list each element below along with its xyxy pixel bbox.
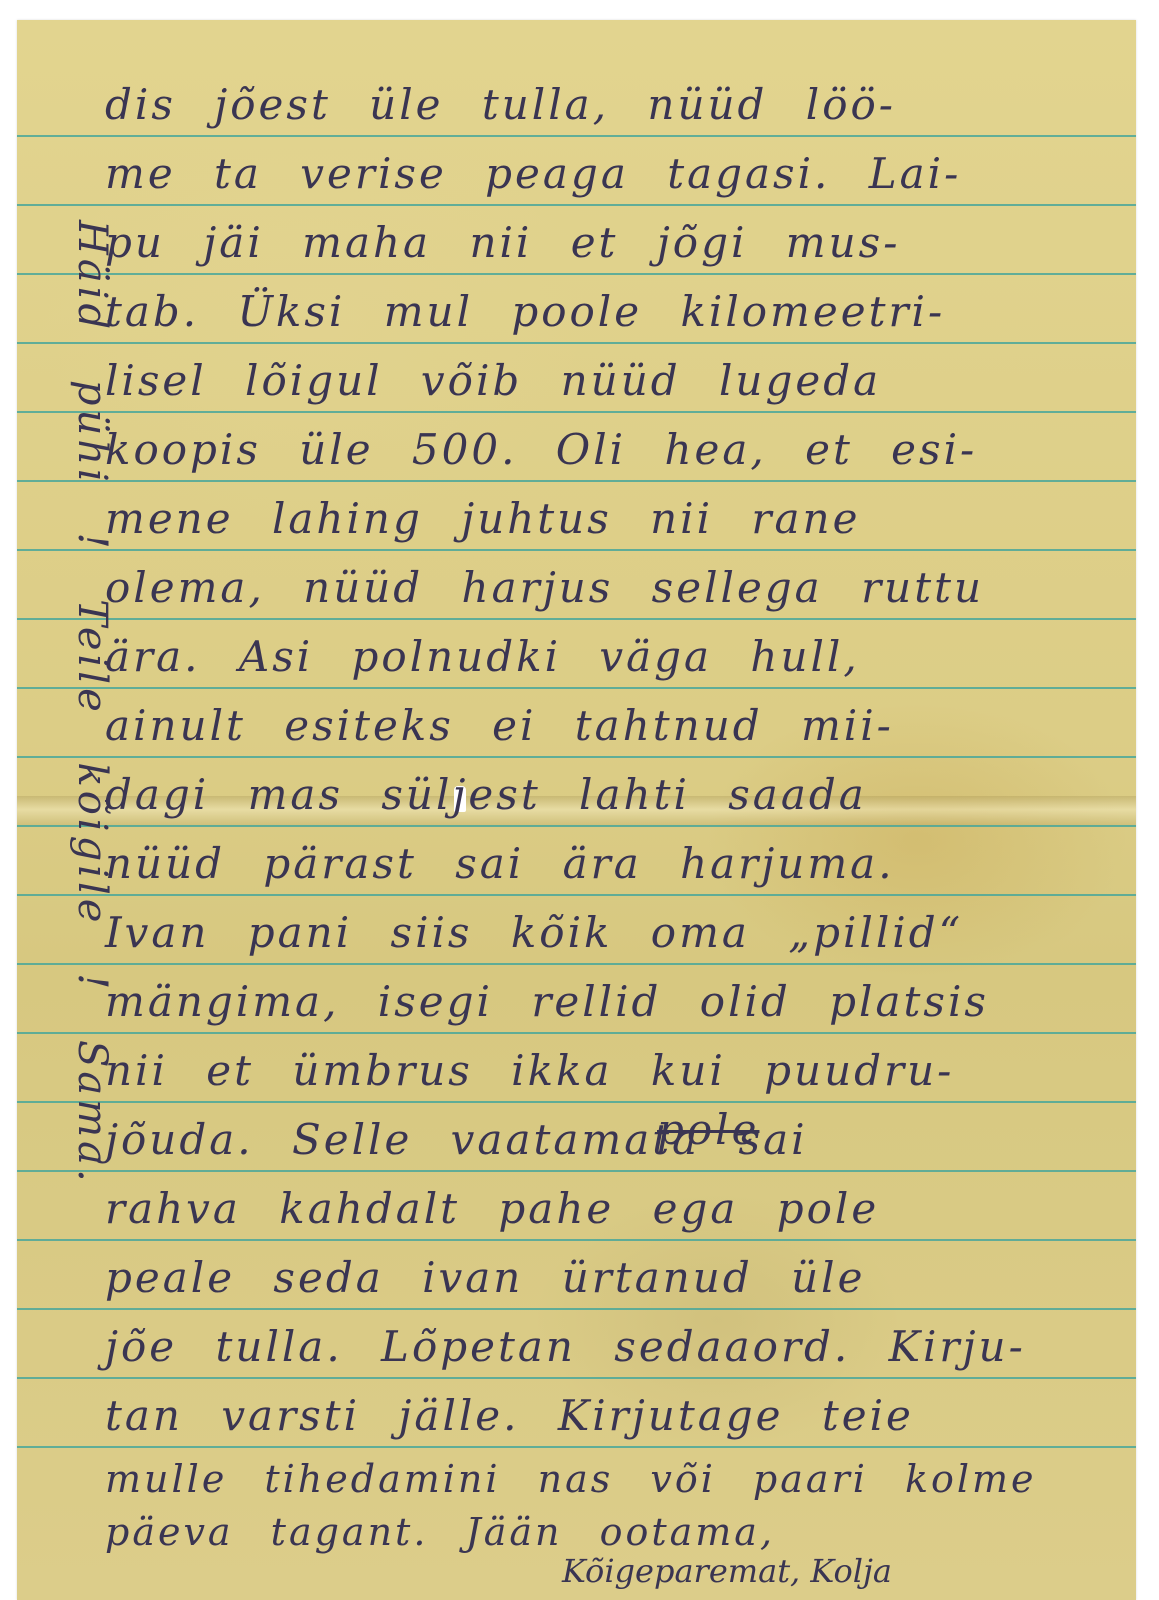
text-line: koopis üle 500. Oli hea, et esi- (105, 415, 977, 484)
text-line: ainult esiteks ei tahtnud mii- (105, 691, 894, 760)
text-line: lisel lõigul võib nüüd lugeda (105, 346, 881, 415)
text-line: tan varsti jälle. Kirjutage teie (105, 1381, 914, 1450)
text-line: Ivan pani siis kõik oma „pillid“ (105, 898, 963, 967)
letter-paper: Häid pühi ! Teile kõigile ! Sama. dis jõ… (17, 20, 1136, 1600)
text-line: nii et ümbrus ikka kui puudru- (105, 1036, 954, 1105)
text-line: mängima, isegi rellid olid platsis (105, 967, 989, 1036)
text-line: dagi mas süljest lahti saada (105, 760, 867, 829)
struck-word: pole (657, 1105, 759, 1154)
text-line: ära. Asi polnudki väga hull, (105, 622, 860, 691)
text-line: me ta verise peaga tagasi. Lai- (105, 139, 961, 208)
text-line: jõe tulla. Lõpetan sedaaord. Kirju- (105, 1312, 1026, 1381)
text-line: tab. Üksi mul poole kilomeetri- (105, 277, 945, 346)
text-line: olema, nüüd harjus sellega ruttu (105, 553, 984, 622)
text-line: mene lahing juhtus nii rane (105, 484, 860, 553)
closing-signature: Kõigeparemat, Kolja (562, 1552, 892, 1590)
text-line: rahva kahdalt pahe ega pole (105, 1174, 879, 1243)
text-line: peale seda ivan ürtanud üle (105, 1243, 865, 1312)
struck-word-text: pole (657, 1105, 759, 1154)
text-line: dis jõest üle tulla, nüüd löö- (105, 70, 896, 139)
text-line: pu jäi maha nii et jõgi mus- (105, 208, 900, 277)
text-line: nüüd pärast sai ära harjuma. (105, 829, 895, 898)
